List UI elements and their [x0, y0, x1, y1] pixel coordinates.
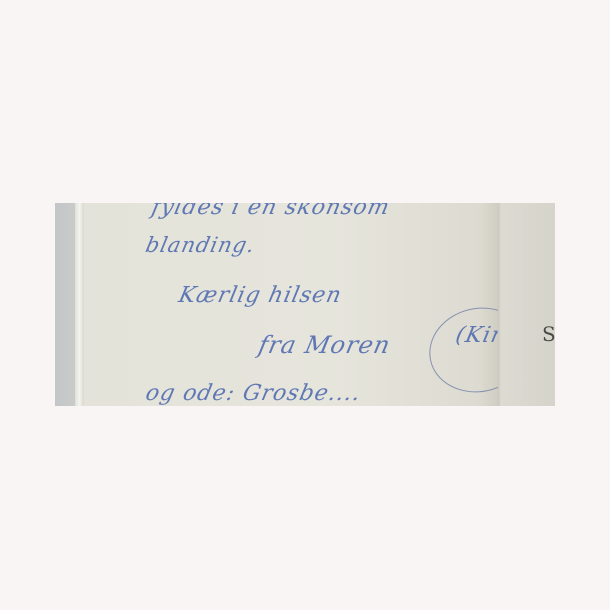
- right-page: [501, 203, 555, 406]
- left-page: fyldes i en skönsom blanding. Kærlig hil…: [84, 203, 500, 406]
- handwriting-signature: fra Moren: [256, 331, 393, 359]
- book-photo: fyldes i en skönsom blanding. Kærlig hil…: [55, 203, 555, 406]
- page-edge: [75, 203, 84, 406]
- handwriting-greeting: Kærlig hilsen: [176, 283, 344, 308]
- book-cover-edge: [55, 203, 75, 406]
- handwriting-line-2: blanding.: [143, 233, 257, 257]
- handwriting-line-1: fyldes i en skönsom: [149, 203, 392, 220]
- handwriting-line-6: og ode: Grosbe....: [143, 381, 363, 406]
- right-page-text: S: [542, 322, 555, 346]
